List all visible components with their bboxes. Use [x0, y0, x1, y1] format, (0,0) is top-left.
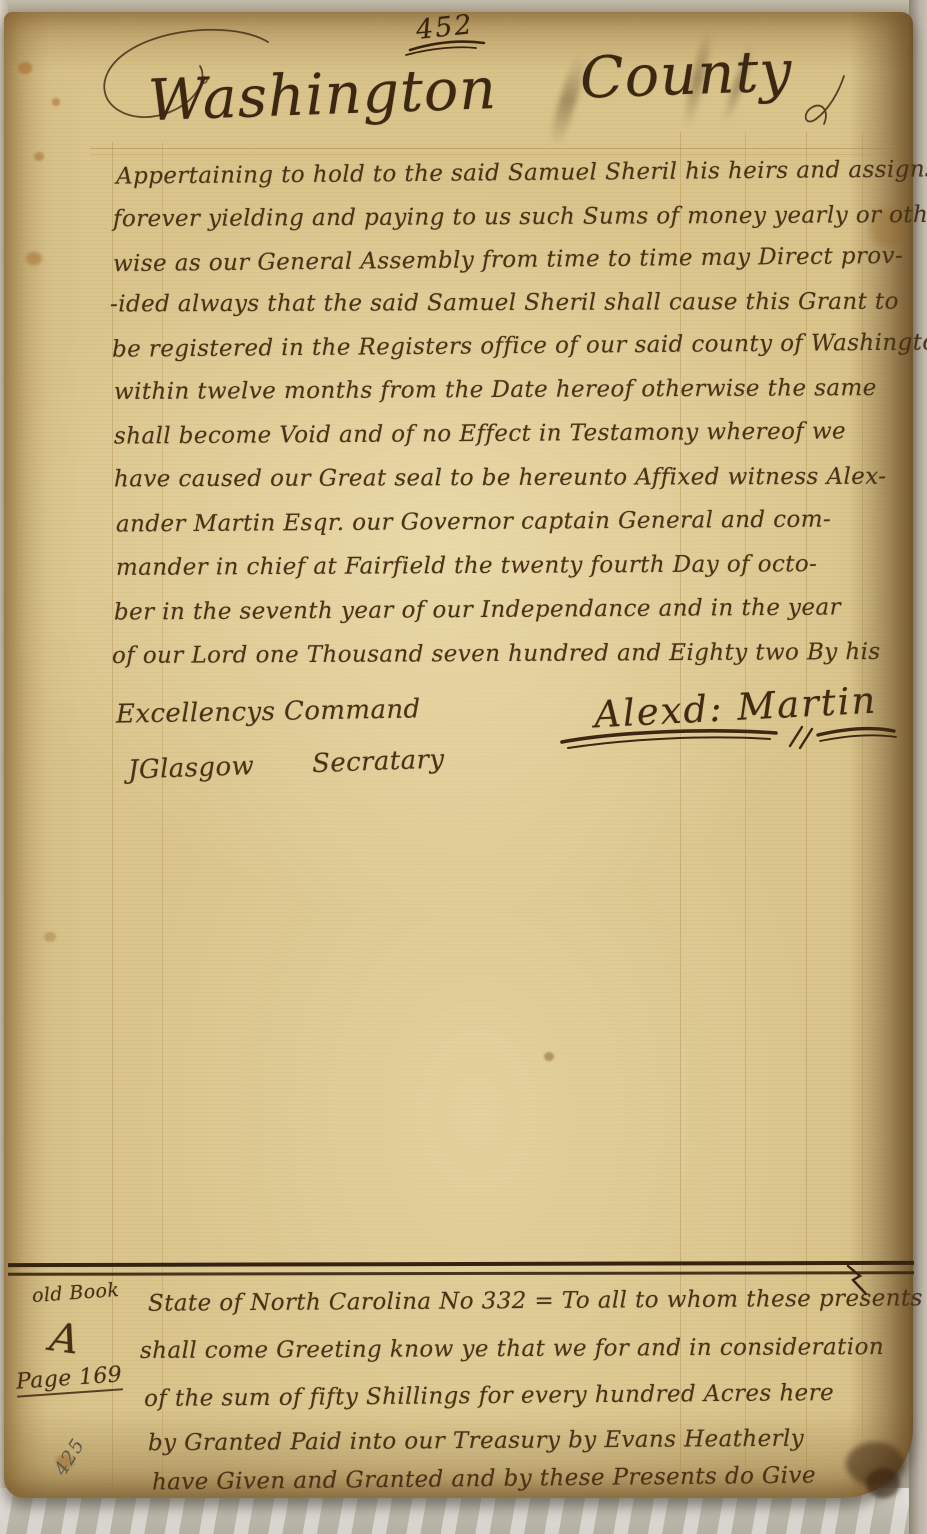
header-rule: [90, 154, 902, 155]
scanned-document: 452 Washington County Appertaining to ho…: [0, 0, 927, 1534]
ink-smudge: [866, 1468, 900, 1498]
grant-line: within twelve months from the Date hereo…: [114, 375, 877, 405]
grant-line: -ided always that the said Samuel Sheril…: [110, 289, 899, 318]
grant-line: ander Martin Esqr. our Governor captain …: [116, 507, 831, 538]
signature-gap: [254, 772, 312, 774]
page-number-underline-icon: [404, 38, 490, 58]
header-county-word: County: [579, 38, 794, 111]
grant-line: shall become Void and of no Effect in Te…: [114, 418, 846, 449]
command-line: Excellencys Command: [116, 694, 421, 729]
stain: [34, 152, 44, 161]
grant-line: ber in the seventh year of our Independa…: [114, 594, 841, 625]
stain: [52, 98, 60, 106]
stain: [26, 252, 42, 265]
grant-line: of our Lord one Thousand seven hundred a…: [112, 639, 881, 669]
signature-flourish-icon: [556, 722, 900, 758]
header-rule: [90, 148, 902, 149]
stain: [544, 1052, 554, 1061]
secretary-name: JGlasgow: [128, 751, 255, 785]
grant-line: forever yielding and paying to us such S…: [113, 202, 927, 232]
header-county-name: Washington: [147, 56, 498, 134]
next-grant-line: by Granted Paid into our Treasury by Eva…: [148, 1426, 804, 1457]
stain: [44, 932, 56, 942]
flourish-d-icon: [800, 72, 850, 134]
stain: [18, 62, 32, 74]
next-grant-line: State of North Carolina No 332 = To all …: [148, 1285, 923, 1316]
grant-line: mander in chief at Fairfield the twenty …: [116, 551, 817, 581]
grant-line: have caused our Great seal to be hereunt…: [114, 464, 886, 493]
next-grant-line: shall come Greeting know ye that we for …: [140, 1334, 884, 1364]
secretary-title: Secratary: [312, 744, 445, 779]
